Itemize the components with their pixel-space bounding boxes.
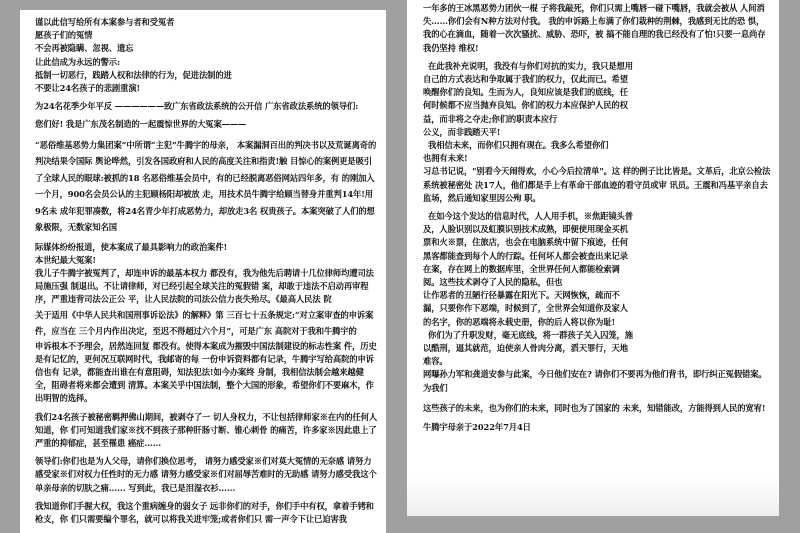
paragraph: 申诉根本不予理会，居然连回复 都没有。使得本案成为摧毁中国法制建设的标志性案 件… — [35, 340, 378, 406]
paragraph: 关于适用《中华人民共和国刑事诉讼法》的解释》第 三百七十五条规定:“对立案审查的… — [35, 307, 378, 340]
paragraph: 你们为了升职发财，毫无底线，将一群孩子关入囚笼，施以酷刑，逼其就范，迫使亲人骨肉… — [423, 329, 635, 369]
paragraph: 也拥有未来! — [423, 152, 771, 165]
paragraph: 我知道你们手握大权，我这个重病缠身的弱女子 远非你们的对手，你们手中有权，拿着手… — [35, 500, 378, 526]
dedication-line: 愿孩子们的冤情 — [35, 29, 378, 42]
letter-page-left: 谨以此信写给所有本案参与者和受冤者 愿孩子们的冤情 不会再被隐瞒、忽视、遗忘 让… — [20, 10, 386, 533]
paragraph: 公义，而非践踏天平! — [423, 126, 771, 139]
paragraph: 我相信未来，而你们只拥有现在。我多么希望你们 — [423, 139, 771, 152]
paragraph: 领导们:你们也是为人父母，请你们换位思考， 请努力感受家※们对莫大冤情的无奈感 … — [35, 455, 378, 495]
paragraph: “恶俗维基恶势力集团案”中所谓“主犯”牛腾宇的母亲， 本案漏洞百出的判决书以及荒… — [35, 137, 378, 236]
paragraph: 本世纪最大冤案! — [35, 254, 378, 267]
paragraph: 网曝孙力军和龚道安参与此案，今日他们安在? 请你们不要再为他们背书，即行纠正冤假… — [423, 368, 771, 394]
paragraph: 让作恶者的丑陋行径暴露在阳光下。天网恢恢，疏而不漏，只要你作下恶端，时候到了，全… — [423, 289, 635, 329]
paragraph: 我儿子牛腾宇被冤判了，却连申诉的最基本权力 都没有，我为他先后聘请十几位律师均遭… — [35, 267, 378, 307]
dedication-line: 谨以此信写给所有本案参与者和受冤者 — [35, 16, 378, 29]
paragraph: 在如今这个发达的信息时代，人人用手机，※焦距镜头普及，人脸识别以及虹膜识别技术成… — [423, 210, 635, 289]
letter-title: 为24名花季少年平反 ——————致广东省政法系统的公开信 广东省政法系统的领导… — [35, 100, 378, 113]
dedication-line: 让此信成为永远的警示: — [35, 56, 378, 69]
dedication-line: 不会再被隐瞒、忽视、遗忘 — [35, 42, 378, 55]
paragraph: 际媒体纷纷报道，使本案成了最具影响力的政治案件! — [35, 241, 378, 254]
signature: 牛腾宇母亲于2022年7月4日 — [423, 421, 771, 434]
paragraph: 一年多的王冰黑恶势力团伙一棍 子将我敲死，你们只需上嘴唇一碰下嘴唇，我就会被从 … — [423, 2, 771, 55]
greeting: 您们好! 我是广东茂名制造的一起震惊世界的大冤案——— — [35, 118, 378, 131]
paragraph: 在此我补充说明，我没有与你们对抗的实力，我只是想用自己的方式表达和争取属于我们的… — [423, 60, 635, 126]
letter-page-right: 一年多的王冰黑恶势力团伙一棍 子将我敲死，你们只需上嘴唇一碰下嘴唇，我就会被从 … — [407, 0, 779, 516]
dedication: 谨以此信写给所有本案参与者和受冤者 愿孩子们的冤情 不会再被隐瞒、忽视、遗忘 让… — [35, 16, 378, 95]
paragraph: 我们24名孩子被秘密羁押佛山期间，被剥夺了一 切人身权力，不让包括律师家※在内的… — [35, 411, 378, 451]
dedication-line: 不要让24名孩子的悲剧重演! — [35, 82, 378, 95]
paragraph: 这些孩子的未来，也为你们的未来，同时也为了国家的 未来，知错能改，方能得到人民的… — [423, 400, 771, 417]
dedication-line: 抵制一切恶行，践踏人权和法律的行为，促进法制的进 — [35, 69, 245, 82]
paragraph: 习总书记说，"别看今天闹得欢，小心今后拉清单"。这 样的例子比比皆是。文革后，北… — [423, 165, 771, 205]
